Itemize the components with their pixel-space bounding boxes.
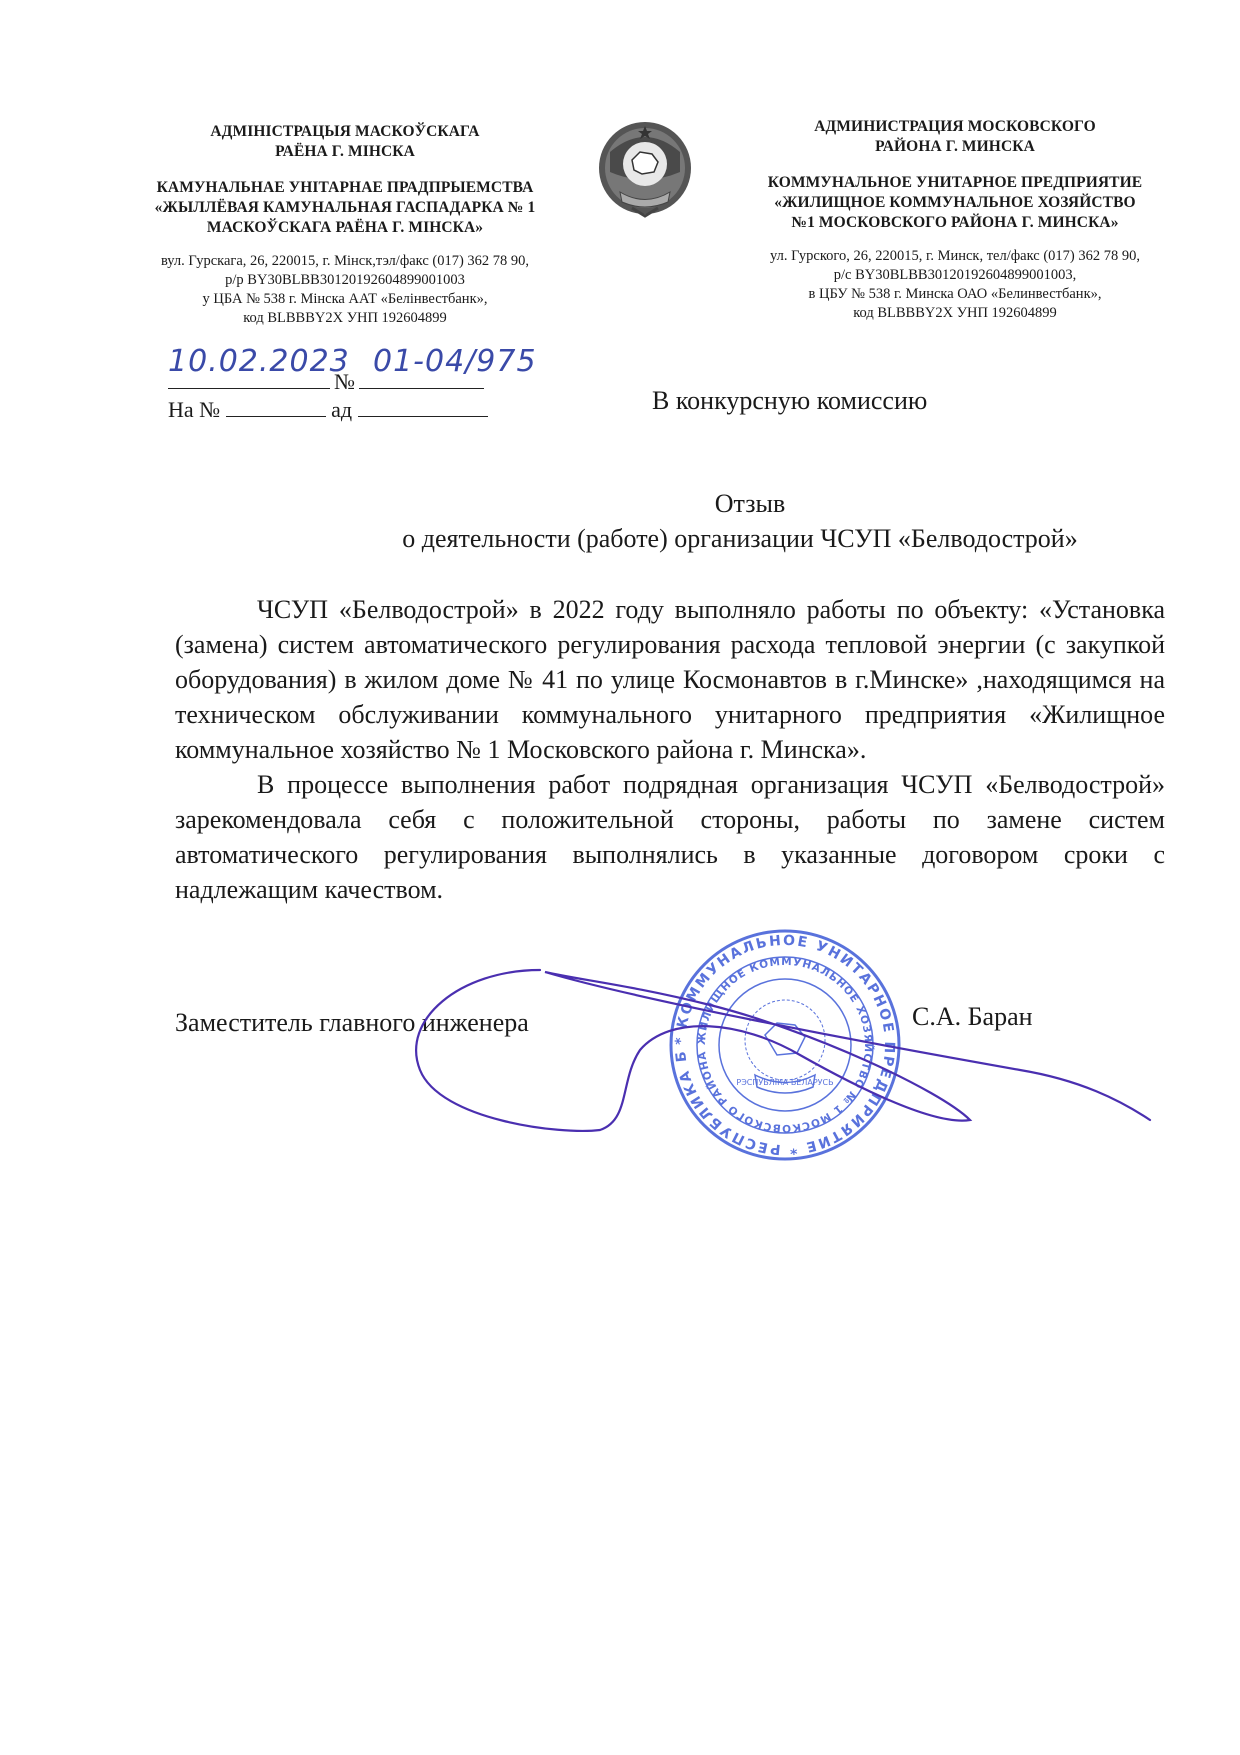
coat-of-arms-icon bbox=[590, 112, 700, 222]
addressee: В конкурсную комиссию bbox=[652, 386, 927, 416]
letterhead-left: АДМІНІСТРАЦЫЯ МАСКОЎСКАГА РАЁНА Г. МІНСК… bbox=[110, 122, 580, 328]
letterhead-right: АДМИНИСТРАЦИЯ МОСКОВСКОГО РАЙОНА Г. МИНС… bbox=[720, 117, 1190, 323]
right-admin-name: АДМИНИСТРАЦИЯ МОСКОВСКОГО РАЙОНА Г. МИНС… bbox=[720, 117, 1190, 233]
reply-reference-line: На № ад bbox=[168, 396, 488, 423]
outgoing-date: 10.02.2023 bbox=[168, 344, 350, 379]
reply-number-blank bbox=[226, 396, 326, 417]
right-address: ул. Гурского, 26, 220015, г. Минск, тел/… bbox=[720, 247, 1190, 323]
registration-date-line: 10.02.2023 № 01-04/975 bbox=[168, 340, 498, 395]
body-paragraph-2: В процессе выполнения работ подрядная ор… bbox=[175, 767, 1165, 907]
document-title: Отзыв о деятельности (работе) организаци… bbox=[320, 486, 1160, 556]
outgoing-number: 01-04/975 bbox=[373, 344, 537, 379]
left-admin-name: АДМІНІСТРАЦЫЯ МАСКОЎСКАГА РАЁНА Г. МІНСК… bbox=[110, 122, 580, 238]
reply-date-blank bbox=[358, 396, 488, 417]
left-address: вул. Гурскага, 26, 220015, г. Мінск,тэл/… bbox=[110, 252, 580, 328]
body-paragraph-1: ЧСУП «Белводострой» в 2022 году выполнял… bbox=[175, 592, 1165, 767]
document-body: ЧСУП «Белводострой» в 2022 году выполнял… bbox=[175, 592, 1165, 907]
handwritten-signature bbox=[380, 960, 1160, 1140]
